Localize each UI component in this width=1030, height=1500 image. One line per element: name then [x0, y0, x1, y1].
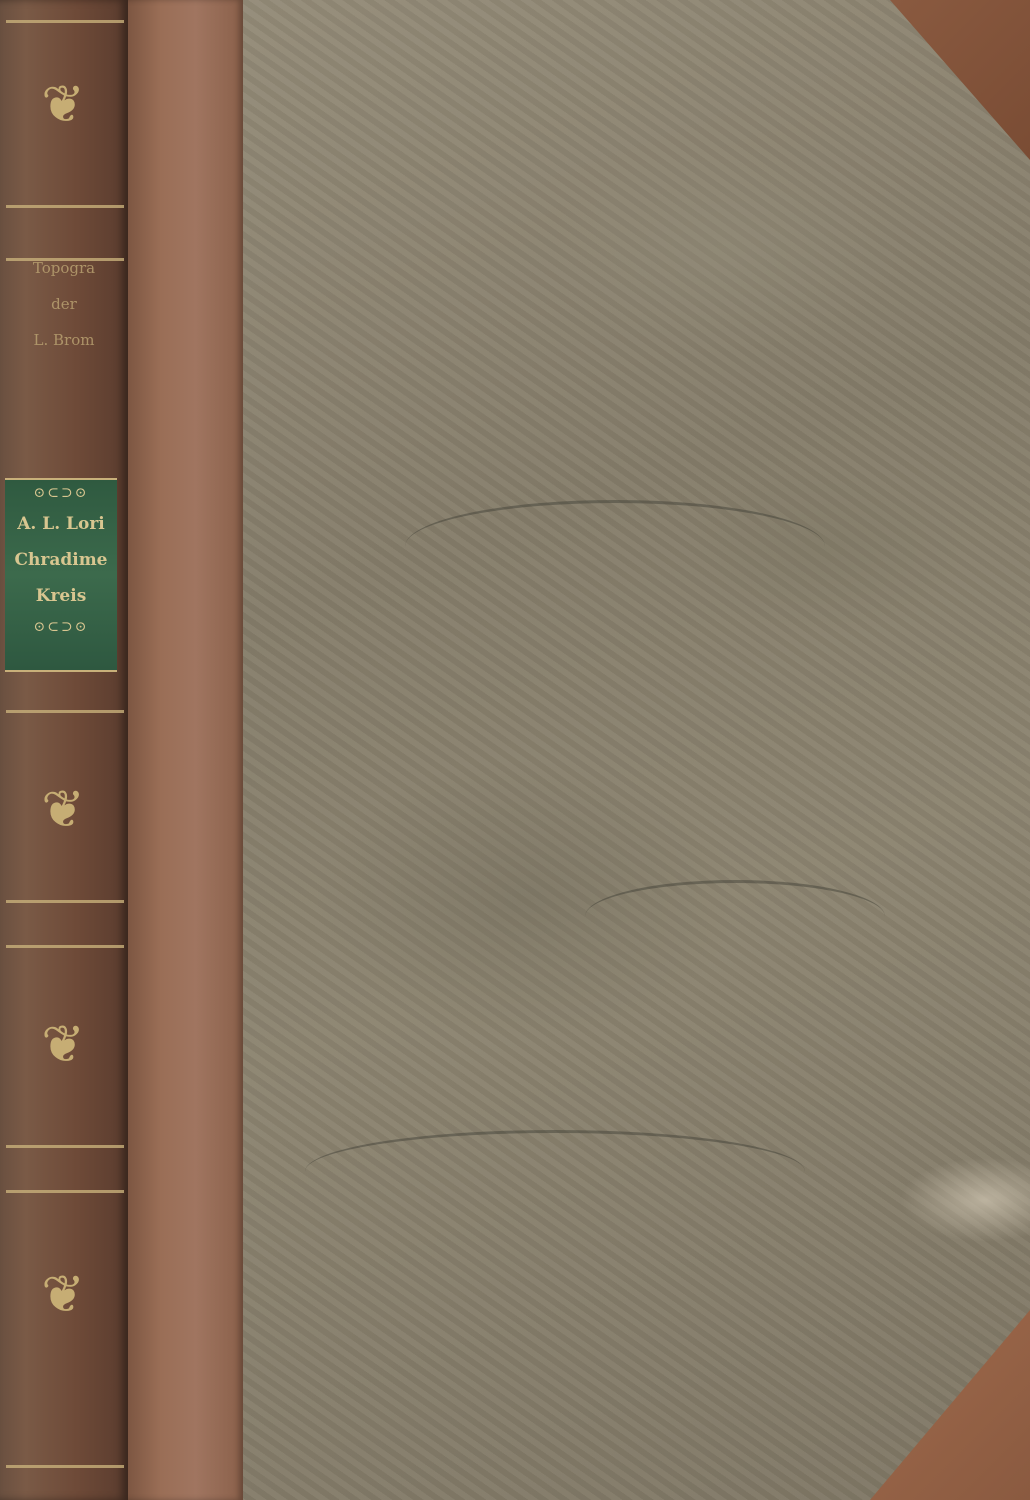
- scroll-ornament-icon: ⊙⊂⊃⊙: [5, 480, 117, 506]
- marbled-cover-board: [225, 0, 1030, 1500]
- floral-ornament-icon: ❦: [28, 1250, 98, 1340]
- spine-title-line: L. Brom: [8, 322, 120, 358]
- scroll-ornament-icon: ⊙⊂⊃⊙: [5, 614, 117, 640]
- spine-title-line: Topogra: [8, 250, 120, 286]
- marble-vein: [405, 500, 825, 593]
- gilt-band: [6, 20, 124, 23]
- book-spine: ❦ ❦ ❦ ❦ Topogra der L. Brom ⊙⊂⊃⊙ A. L. L…: [0, 0, 128, 1500]
- leather-hinge-strip: [125, 0, 243, 1500]
- spine-title-label: Topogra der L. Brom: [8, 250, 120, 430]
- floral-ornament-icon: ❦: [28, 765, 98, 855]
- book-photo: ❦ ❦ ❦ ❦ Topogra der L. Brom ⊙⊂⊃⊙ A. L. L…: [0, 0, 1030, 1500]
- leather-corner-top: [890, 0, 1030, 160]
- gilt-band: [6, 900, 124, 903]
- gilt-band: [6, 1190, 124, 1193]
- marble-vein: [585, 880, 885, 953]
- floral-ornament-icon: ❦: [28, 1000, 98, 1090]
- spine-title-line: der: [8, 286, 120, 322]
- gilt-band: [6, 710, 124, 713]
- spine-green-label: ⊙⊂⊃⊙ A. L. Lori Chradime Kreis ⊙⊂⊃⊙: [5, 478, 117, 672]
- gilt-band: [6, 205, 124, 208]
- green-label-line: A. L. Lori: [5, 506, 117, 542]
- gilt-band: [6, 1465, 124, 1468]
- floral-ornament-icon: ❦: [28, 60, 98, 150]
- gilt-band: [6, 945, 124, 948]
- leather-corner-bottom: [870, 1310, 1030, 1500]
- green-label-line: Chradime: [5, 542, 117, 578]
- green-label-line: Kreis: [5, 578, 117, 614]
- marble-vein: [305, 1130, 805, 1213]
- gilt-band: [6, 1145, 124, 1148]
